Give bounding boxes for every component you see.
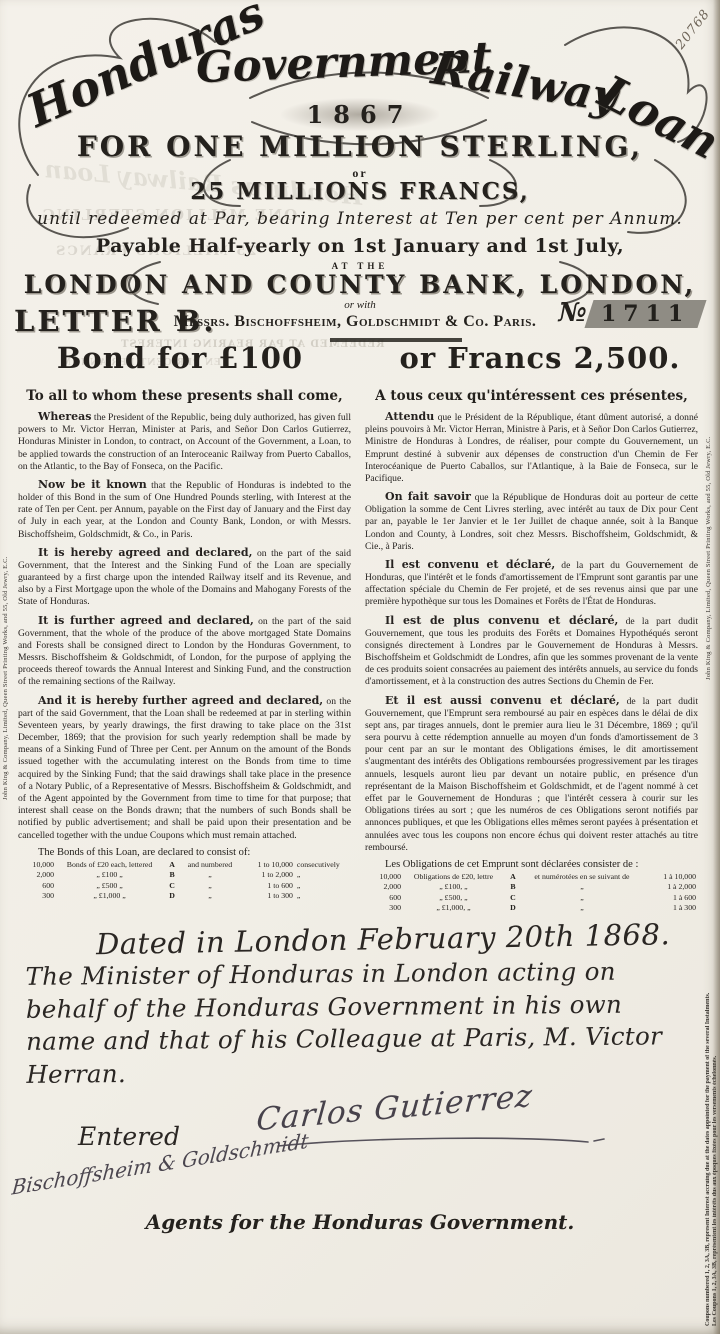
letter-cell: B	[504, 882, 522, 893]
count-cell: 2,000	[365, 882, 403, 893]
bond-title-french: or Francs 2,500.	[360, 341, 720, 375]
mid-cell: „	[181, 891, 239, 902]
table-row: 600 „ £500 „ C „ 1 to 600 „	[18, 881, 351, 892]
paragraph-lead: Il est de plus convenu et déclaré,	[385, 614, 618, 627]
letter-cell: C	[163, 881, 181, 892]
coupon-note-english: Coupons numbered 1, 2, 3A, 3B, represent…	[705, 946, 711, 1326]
paragraph-lead: Et il est aussi convenu et déclaré,	[385, 694, 620, 707]
mid-cell: „	[181, 870, 239, 881]
francs-amount-line: 25 MILLIONS FRANCS,	[0, 178, 720, 205]
table-row: 2,000 „ £100, „ B „ 1 à 2,000	[365, 882, 698, 893]
paris-agents-line: Messrs. Bischoffsheim, Goldschmidt & Co.…	[160, 313, 550, 331]
range-cell: 1 à 2,000	[642, 882, 698, 893]
certificate-footer: Dated in London February 20th 1868. The …	[0, 914, 720, 1234]
table-row: 10,000 Bonds of £20 each, lettered A and…	[18, 860, 351, 871]
denom-cell: Bonds of £20 each, lettered	[56, 860, 163, 871]
count-cell: 10,000	[18, 860, 56, 871]
bilingual-text-columns: To all to whom these presents shall come…	[0, 386, 720, 914]
range-cell: 1 à 300	[642, 903, 698, 914]
letter-cell: D	[163, 891, 181, 902]
tail-cell: „	[295, 881, 351, 892]
letter-cell: B	[163, 870, 181, 881]
paragraph-text: de la part dudit Gouvernement, que l'Emp…	[365, 696, 698, 853]
table-row: 300 „ £1,000, „ D „ 1 à 300	[365, 903, 698, 914]
bond-certificate: Honduras Railway Loan ONE MILLION STERLI…	[0, 0, 720, 1334]
mid-cell: „	[522, 903, 642, 914]
mid-cell: „	[522, 893, 642, 904]
certificate-header: Honduras Railway Loan ONE MILLION STERLI…	[0, 0, 720, 386]
count-cell: 600	[18, 881, 56, 892]
french-salutation: A tous ceux qu'intéressent ces présentes…	[365, 388, 698, 404]
mid-cell: „	[181, 881, 239, 892]
payable-line: Payable Half-yearly on 1st January and 1…	[0, 235, 720, 257]
denom-cell: „ £500, „	[403, 893, 504, 904]
paragraph-lead: It is hereby agreed and declared,	[38, 546, 252, 559]
paragraph-lead: Il est convenu et déclaré,	[385, 558, 555, 571]
tail-cell: „	[295, 870, 351, 881]
denom-cell: „ £1,000 „	[56, 891, 163, 902]
paper-edge	[713, 0, 720, 1334]
french-column: A tous ceux qu'intéressent ces présentes…	[365, 388, 698, 914]
bank-name-line: LONDON AND COUNTY BANK, LONDON,	[0, 270, 720, 299]
table-row: 2,000 „ £100 „ B „ 1 to 2,000 „	[18, 870, 351, 881]
paragraph-lead: On fait savoir	[385, 490, 471, 503]
signature-block: Entered Carlos Gutierrez Bischoffsheim &…	[26, 1092, 694, 1210]
range-cell: 1 to 600	[239, 881, 295, 892]
printer-imprint-right: John King & Company, Limited, Queen Stre…	[705, 280, 712, 680]
range-cell: 1 to 10,000	[239, 860, 295, 871]
table-row: 600 „ £500, „ C „ 1 à 600	[365, 893, 698, 904]
paragraph-lead: Now be it known	[38, 478, 147, 491]
mid-cell: and numbered	[181, 860, 239, 871]
english-consist-intro: The Bonds of this Loan, are declared to …	[18, 847, 351, 858]
french-paragraph: Attendu que le Président de la Républiqu…	[365, 410, 698, 485]
range-cell: 1 to 2,000	[239, 870, 295, 881]
count-cell: 300	[365, 903, 403, 914]
count-cell: 10,000	[365, 872, 403, 883]
french-paragraph: Il est de plus convenu et déclaré, de la…	[365, 614, 698, 689]
table-row: 300 „ £1,000 „ D „ 1 to 300 „	[18, 891, 351, 902]
loan-year-value: 1867	[281, 98, 440, 131]
paragraph-lead: Attendu	[385, 410, 434, 423]
english-paragraph: And it is hereby further agreed and decl…	[18, 694, 351, 842]
english-paragraph: Whereas the President of the Republic, b…	[18, 410, 351, 473]
number-sign: №	[559, 298, 587, 328]
dated-line: Dated in London February 20th 1868.	[96, 917, 695, 961]
mid-cell: et numérotées en se suivant de	[522, 872, 642, 883]
french-paragraph: Et il est aussi convenu et déclaré, de l…	[365, 694, 698, 854]
french-paragraph: On fait savoir que la République de Hond…	[365, 490, 698, 553]
french-consist-intro: Les Obligations de cet Emprunt sont décl…	[365, 859, 698, 870]
interest-terms-line: until redeemed at Par, bearing Interest …	[0, 209, 720, 229]
english-paragraph: Now be it known that the Republic of Hon…	[18, 478, 351, 541]
printer-imprint-left: John King & Company, Limited, Queen Stre…	[2, 380, 9, 800]
english-denominations-table: 10,000 Bonds of £20 each, lettered A and…	[18, 860, 351, 902]
loan-amount-line: FOR ONE MILLION STERLING,	[0, 130, 720, 163]
tail-cell: „	[295, 891, 351, 902]
count-cell: 2,000	[18, 870, 56, 881]
agents-line: Agents for the Honduras Government.	[26, 1210, 694, 1234]
count-cell: 600	[365, 893, 403, 904]
bond-title-row: Bond for £100 or Francs 2,500.	[0, 341, 720, 375]
range-cell: 1 to 300	[239, 891, 295, 902]
paragraph-lead: And it is hereby further agreed and decl…	[38, 694, 323, 707]
english-column: To all to whom these presents shall come…	[18, 388, 351, 914]
tail-cell: consecutively	[295, 860, 351, 871]
denom-cell: „ £500 „	[56, 881, 163, 892]
denom-cell: Obligations de £20, lettre	[403, 872, 504, 883]
loan-year: 1867	[0, 98, 720, 131]
bond-number-value: 1711	[601, 301, 690, 327]
denom-cell: „ £100, „	[403, 882, 504, 893]
denom-cell: „ £100 „	[56, 870, 163, 881]
paragraph-lead: Whereas	[38, 410, 91, 423]
english-paragraph: It is further agreed and declared, on th…	[18, 614, 351, 689]
french-denominations-table: 10,000 Obligations de £20, lettre A et n…	[365, 872, 698, 914]
letter-cell: A	[163, 860, 181, 871]
signature-flourish	[276, 1134, 606, 1150]
english-salutation: To all to whom these presents shall come…	[18, 388, 351, 404]
count-cell: 300	[18, 891, 56, 902]
paragraph-lead: It is further agreed and declared,	[38, 614, 254, 627]
bond-title-english: Bond for £100	[0, 341, 360, 375]
handwritten-serial-number: 20768	[673, 7, 713, 53]
letter-cell: C	[504, 893, 522, 904]
range-cell: 1 à 10,000	[642, 872, 698, 883]
mid-cell: „	[522, 882, 642, 893]
paragraph-text: on the part of the said Government, that…	[18, 696, 351, 841]
entered-label: Entered	[78, 1122, 180, 1151]
french-paragraph: Il est convenu et déclaré, de la part du…	[365, 558, 698, 609]
denom-cell: „ £1,000, „	[403, 903, 504, 914]
table-row: 10,000 Obligations de £20, lettre A et n…	[365, 872, 698, 883]
range-cell: 1 à 600	[642, 893, 698, 904]
minister-declaration-line: The Minister of Honduras in London actin…	[25, 955, 694, 1091]
english-paragraph: It is hereby agreed and declared, on the…	[18, 546, 351, 609]
bond-number: №1711	[559, 298, 703, 328]
letter-cell: D	[504, 903, 522, 914]
letter-cell: A	[504, 872, 522, 883]
